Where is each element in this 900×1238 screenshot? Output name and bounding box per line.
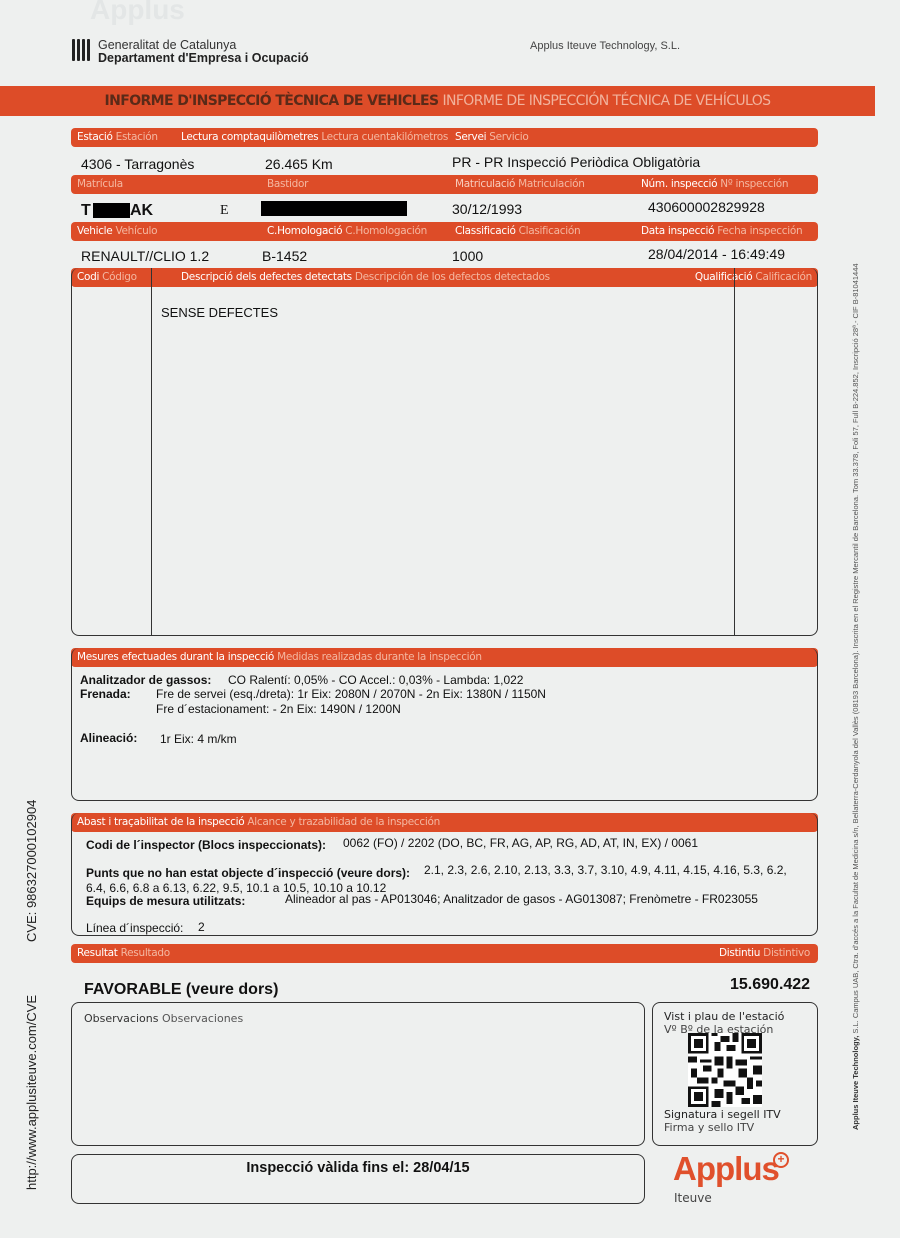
defects-table <box>71 268 818 636</box>
stamp-signature: Signatura i segell ITV <box>664 1108 781 1121</box>
column-divider <box>734 268 735 635</box>
applus-sub: Iteuve <box>674 1191 712 1205</box>
vehicle-value: RENAULT//CLIO 1.2 <box>81 248 209 264</box>
brake-service-value: Fre de servei (esq./dreta): 1r Eix: 2080… <box>156 687 546 701</box>
label-odometer: Lectura comptaquilòmetresLectura cuentak… <box>181 131 448 143</box>
plate-suffix: AK <box>130 202 153 220</box>
label-plate: Matrícula <box>77 178 123 190</box>
applus-logo: Applus + <box>673 1150 779 1188</box>
station-value: 4306 - Tarragonès <box>81 156 194 172</box>
watermark: Applus <box>90 0 185 26</box>
badge-number: 15.690.422 <box>730 976 810 994</box>
not-inspected-label: Punts que no han estat objecte d´inspecc… <box>86 866 410 880</box>
alignment-label: Alineació: <box>80 731 137 745</box>
label-chassis: Bastidor <box>267 178 308 190</box>
inspection-number: 430600002829928 <box>648 199 765 215</box>
label-homologation: C.HomologacióC.Homologación <box>267 225 427 237</box>
label-classification: ClassificacióClasificación <box>455 225 580 237</box>
label-registration: MatriculacióMatriculación <box>455 178 585 190</box>
label-service: ServeiServicio <box>455 131 529 143</box>
label-badge: DistintiuDistintivo <box>719 947 810 959</box>
cve-url: http://www.applusiteuve.com/CVE <box>24 995 39 1190</box>
gov-name: Generalitat de Catalunya <box>98 38 236 52</box>
line-label: Línea d´inspecció: <box>86 921 183 935</box>
brake-parking-value: Fre d´estacionament: - 2n Eix: 1490N / 1… <box>156 702 401 716</box>
plus-circle-icon: + <box>773 1152 789 1168</box>
result-value: FAVORABLE (veure dors) <box>84 981 278 999</box>
line-value: 2 <box>198 920 205 934</box>
stamp-signature-es: Firma y sello ITV <box>664 1121 754 1134</box>
company-name: Applus Iteuve Technology, S.L. <box>530 40 680 52</box>
plate-redaction <box>93 203 130 218</box>
defects-description: SENSE DEFECTES <box>161 305 278 320</box>
report-title: INFORME D'INSPECCIÓ TÈCNICA DE VEHICLES … <box>0 86 875 116</box>
observations-label: Observacions Observaciones <box>84 1012 243 1025</box>
row3-label-bar: VehicleVehículo C.HomologacióC.Homologac… <box>71 222 818 241</box>
gas-label: Analitzador de gassos: <box>80 673 211 687</box>
label-inspection-date: Data inspeccióFecha inspección <box>641 225 802 237</box>
gas-value: CO Ralentí: 0,05% - CO Accel.: 0,03% - L… <box>228 673 523 687</box>
department-name: Departament d'Empresa i Ocupació <box>98 51 309 65</box>
legal-notice: Applus Iteuve Technology, S.L. Campus UA… <box>851 110 860 1130</box>
column-divider <box>151 268 152 635</box>
registration-date: 30/12/1993 <box>452 201 522 217</box>
row1-label-bar: EstacióEstación Lectura comptaquilòmetre… <box>71 128 818 147</box>
label-vehicle: VehicleVehículo <box>77 225 157 237</box>
result-header-bar: ResultatResultado DistintiuDistintivo <box>71 944 818 963</box>
inspector-value: 0062 (FO) / 2202 (DO, BC, FR, AG, AP, RG… <box>343 836 698 850</box>
brake-label: Frenada: <box>80 687 131 701</box>
chassis-redaction <box>261 201 407 216</box>
label-result: ResultatResultado <box>77 947 170 959</box>
row2-label-bar: Matrícula Bastidor MatriculacióMatricula… <box>71 175 818 194</box>
plate-prefix: T <box>81 202 91 220</box>
inspection-date: 28/04/2014 - 16:49:49 <box>648 246 785 262</box>
stamp-approval: Vist i plau de l'estació <box>664 1010 784 1023</box>
classification-value: 1000 <box>452 248 483 264</box>
title-catalan: INFORME D'INSPECCIÓ TÈCNICA DE VEHICLES <box>105 93 439 109</box>
qr-code-icon <box>688 1033 762 1107</box>
equipment-value: Alineador al pas - AP013046; Analitzador… <box>285 892 758 906</box>
cve-code: CVE: 986327000102904 <box>24 800 39 942</box>
label-station: EstacióEstación <box>77 131 158 143</box>
homologation-value: B-1452 <box>262 248 307 264</box>
validity-text: Inspecció vàlida fins el: 28/04/15 <box>71 1160 645 1176</box>
service-value: PR - PR Inspecció Periòdica Obligatòria <box>452 154 700 170</box>
gencat-logo-icon <box>72 39 92 61</box>
plate-country: E <box>220 203 229 219</box>
title-spanish: INFORME DE INSPECCIÓN TÉCNICA DE VEHÍCUL… <box>442 93 770 109</box>
odometer-value: 26.465 Km <box>265 156 333 172</box>
equipment-label: Equips de mesura utilitzats: <box>86 894 245 908</box>
not-inspected-value: 2.1, 2.3, 2.6, 2.10, 2.13, 3.3, 3.7, 3.1… <box>424 863 787 877</box>
alignment-value: 1r Eix: 4 m/km <box>160 732 237 746</box>
inspector-label: Codi de l´inspector (Blocs inspeccionats… <box>86 838 326 852</box>
label-inspection-number: Núm. inspeccióNº inspección <box>641 178 788 190</box>
measurements-box <box>71 648 818 801</box>
